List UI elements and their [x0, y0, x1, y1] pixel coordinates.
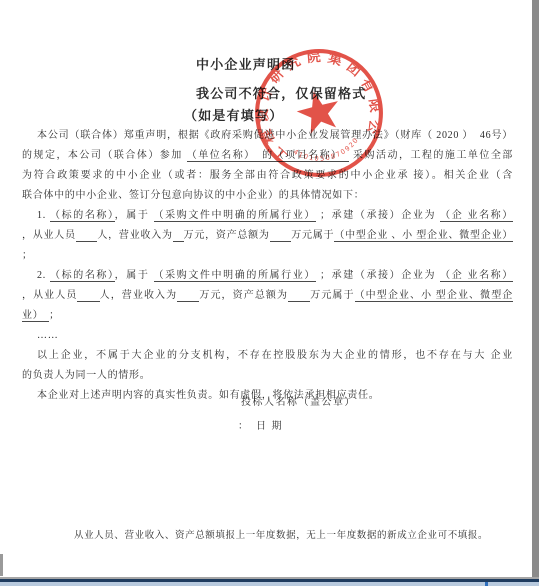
document-line: 联合体中的中小企业、签订分包意向协议的中小企业）的具体情况如下： [22, 186, 513, 206]
document-line: 的规定，本公司（联合体）参加 （单位名称） 的（项目名称） 采购活动，工程的施工… [22, 146, 513, 166]
document-line: 1. （标的名称），属于 （采购文件中明确的所属行业） ；承建（承接）企业为 （… [22, 206, 513, 226]
scrollbar-thumb-tick[interactable] [485, 582, 488, 586]
fill-in-blank: （中型企业 、小 型企业、微型企业） [334, 230, 513, 242]
bidder-name-seal-line: 投标人名称（盖公章） [241, 393, 356, 408]
text-segment: 万元属于 [310, 290, 354, 301]
document-line: 为符合政策要求的中小企业（或者：服务全部由符合政策要求的中小企业承 接）。相关企… [22, 166, 513, 186]
text-segment: 万元属于 [291, 230, 334, 241]
fill-in-blank: （中型企业、小 型企业、微型企 [355, 290, 513, 302]
document-line: ； [22, 246, 513, 266]
document-line: 的负责人为同一人的情形。 [22, 366, 513, 386]
fill-in-blank [288, 290, 310, 302]
text-segment: 采购活动，工程的施工单位全部 [349, 150, 513, 161]
fill-in-blank [177, 290, 199, 302]
text-segment: 万元，资产总额为 [199, 290, 288, 301]
text-segment: 人，营业收入为 [100, 290, 178, 301]
text-segment: 2. [37, 270, 50, 281]
fill-in-blank [77, 290, 99, 302]
fill-in-blank: （企 业名称） [440, 270, 513, 282]
text-segment: ，从业人员 [22, 290, 77, 301]
text-segment: 为符合政策要求的中小企业（或者：服务全部由符合政策要求的中小企业承 接）。相关企… [22, 170, 513, 181]
text-segment: ，属于 [115, 210, 154, 221]
document-page: 中小企业声明函 我公司不符合，仅保留格式 （如是有填写） 本公司（联合体）郑重声… [0, 0, 539, 586]
document-line: 以上企业，不属于大企业的分支机构，不存在控股股东为大企业的情形，也不存在与大 企… [22, 346, 513, 366]
text-segment: ；承建（承接）企业为 [316, 210, 440, 221]
document-line: 2. （标的名称），属于 （采购文件中明确的所属行业） ；承建（承接）企业为 （… [22, 266, 513, 286]
note-line-2: （如是有填写） [184, 105, 283, 124]
fill-in-blank: （采购文件中明确的所属行业） [154, 270, 316, 282]
fill-in-blank: （标的名称） [50, 210, 115, 222]
right-window-edge [532, 0, 539, 578]
text-segment: 人，营业收入为 [97, 230, 172, 241]
note-line-1: 我公司不符合，仅保留格式 [196, 83, 366, 102]
fill-in-blank: （企 业名称） [440, 210, 513, 222]
date-line: ： 日 期 [238, 417, 283, 432]
fill-in-blank: （采购文件中明确的所属行业） [154, 210, 316, 222]
horizontal-scrollbar[interactable] [0, 582, 539, 586]
text-segment: 的负责人为同一人的情形。 [22, 370, 150, 381]
text-segment: ；承建（承接）企业为 [316, 270, 440, 281]
text-segment: ，属于 [115, 270, 154, 281]
text-segment: 万元，资产总额为 [184, 230, 270, 241]
document-body: 本公司（联合体）郑重声明，根据《政府采购促进中小企业发展管理办法》（财库（ 20… [22, 126, 513, 406]
document-line: 业） ； [22, 306, 513, 326]
declaration-paragraph: 本公司（联合体）郑重声明，根据《政府采购促进中小企业发展管理办法》（财库（ 20… [22, 126, 513, 206]
item-1: 1. （标的名称），属于 （采购文件中明确的所属行业） ；承建（承接）企业为 （… [22, 206, 513, 266]
text-segment: ，从业人员 [22, 230, 76, 241]
fill-in-blank: 业） [22, 310, 49, 322]
fill-in-blank: （标的名称） [50, 270, 115, 282]
document-line: …… [22, 326, 513, 346]
fill-in-blank [270, 230, 292, 242]
text-segment: 以上企业，不属于大企业的分支机构，不存在控股股东为大企业的情形，也不存在与大 企… [37, 350, 513, 361]
text-segment: ； [22, 250, 33, 261]
text-segment: 的规定，本公司（联合体）参加 [22, 150, 187, 161]
left-edge-notch [0, 554, 3, 576]
document-title: 中小企业声明函 [196, 54, 295, 73]
item-2: 2. （标的名称），属于 （采购文件中明确的所属行业） ；承建（承接）企业为 （… [22, 266, 513, 326]
text-segment: ； [49, 310, 60, 321]
fill-in-blank [173, 230, 184, 242]
fill-in-blank: （单位名称） [187, 150, 251, 162]
text-segment: 联合体中的中小企业、签订分包意向协议的中小企业）的具体情况如下： [22, 190, 364, 201]
text-segment: …… [37, 330, 58, 341]
text-segment: 1. [37, 210, 50, 221]
document-line: ，从业人员 人，营业收入为 万元，资产总额为 万元属于（中型企业 、小 型企业、… [22, 226, 513, 246]
ellipsis-line: …… [22, 326, 513, 346]
footnote: 从业人员、营业收入、资产总额填报上一年度数据，无上一年度数据的新成立企业可不填报… [74, 527, 488, 541]
fill-in-blank: 的（项目名称） [251, 150, 349, 162]
text-segment: 本公司（联合体）郑重声明，根据《政府采购促进中小企业发展管理办法》（财库（ 20… [37, 130, 513, 141]
document-line: ，从业人员 人，营业收入为 万元，资产总额为 万元属于（中型企业、小 型企业、微… [22, 286, 513, 306]
document-line: 本公司（联合体）郑重声明，根据《政府采购促进中小企业发展管理办法》（财库（ 20… [22, 126, 513, 146]
no-large-enterprise-paragraph: 以上企业，不属于大企业的分支机构，不存在控股股东为大企业的情形，也不存在与大 企… [22, 346, 513, 386]
fill-in-blank [76, 230, 98, 242]
